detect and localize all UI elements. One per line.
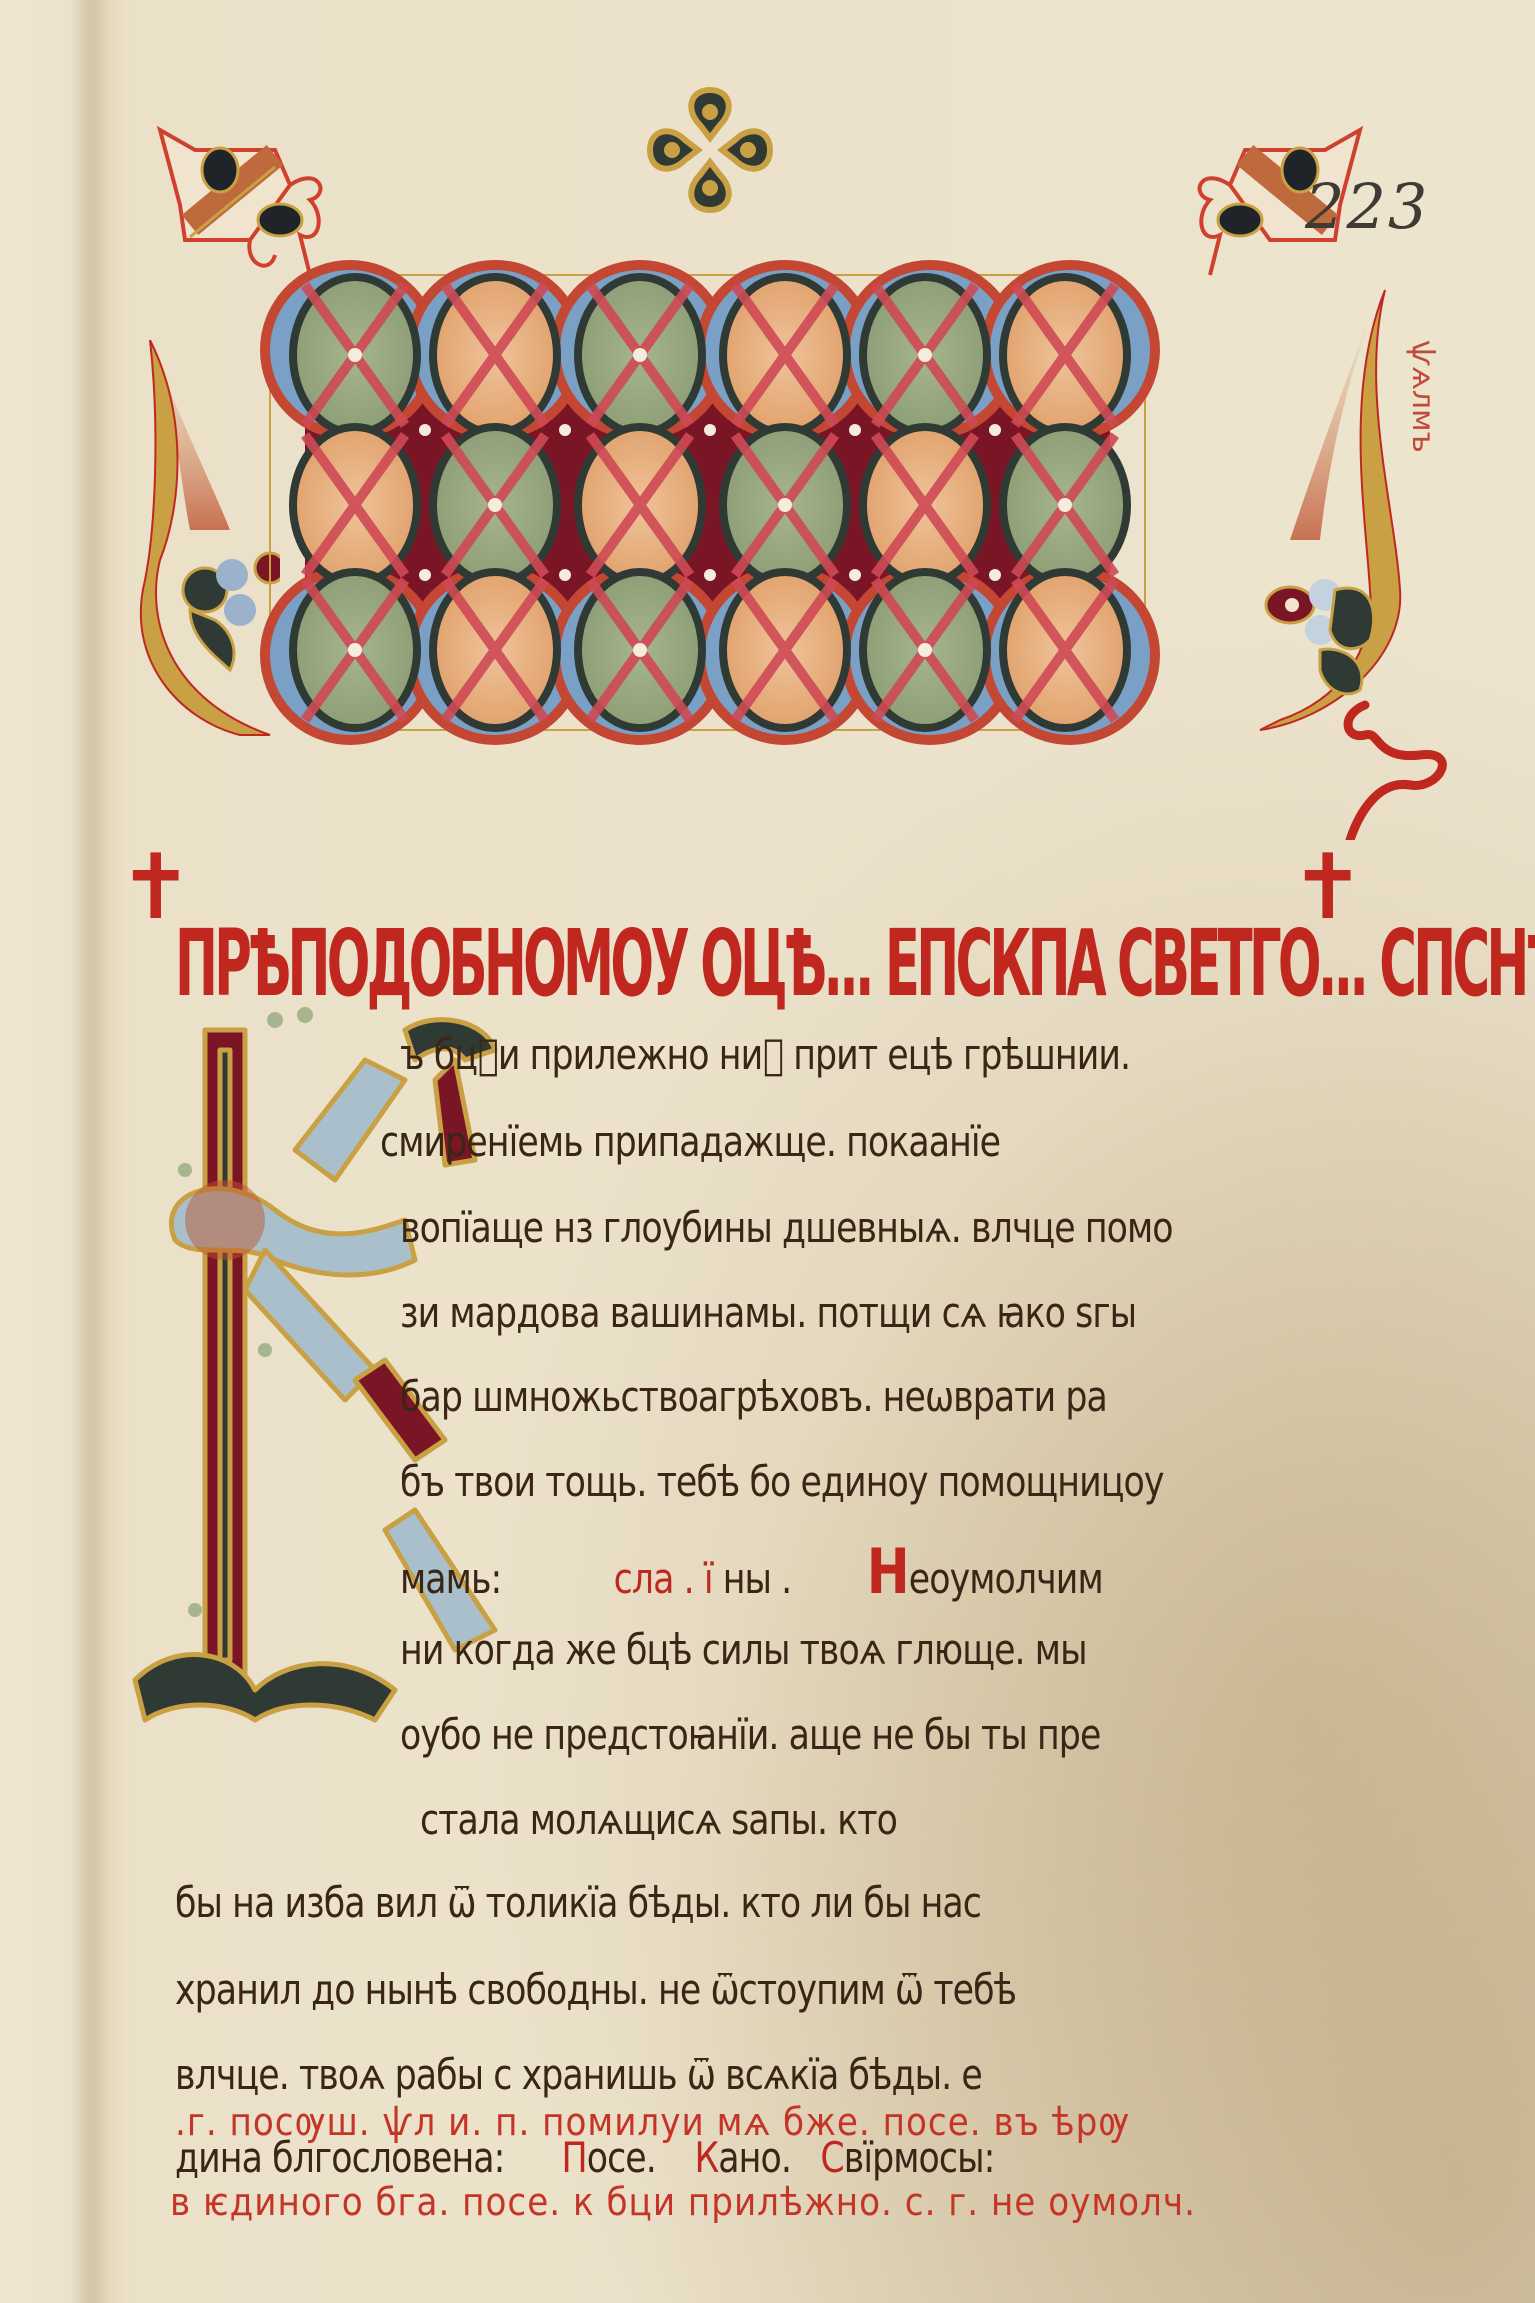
rubric-line: в ѥдиного бга. посе. к бци прилѣжно. с. … [170,2180,1196,2224]
text-line-rubricated: мамь: сла . ї ны . Неоумолчим [400,1535,1103,1608]
text-line: стала молѧщисѧ ѕапы. кто [420,1795,897,1844]
text-line: ни когда же бцѣ силы твоѧ глюще. мы [400,1625,1087,1674]
text-line: зи мардова вашинамы. потщи сѧ ꙗко ѕгы [400,1288,1136,1337]
text-segment: мамь: [400,1554,501,1603]
gutter-shadow [70,0,110,2303]
text-line: оубо не предстоꙗнїи. аще не бы ты пре [400,1710,1100,1759]
quatrefoil-cross-icon [640,80,780,220]
rubric-segment: сла [614,1554,674,1603]
manuscript-page: ѱѧлмъ 223 ✝ ПРѢПОДОБНОМОУ ОЦѢ... ЕПСКПА … [0,0,1535,2303]
illuminated-initial-k-icon [115,990,505,1730]
flourish-z-icon [1320,690,1470,840]
text-line: вопїаще нз глоубины дшевныѧ. влчце помо [400,1203,1173,1252]
horn-ornament-right-icon [1250,250,1410,740]
red-initial-n: Н [867,1535,909,1608]
text-line: хранил до нынѣ свободны. не ѿстоупим ѿ т… [175,1965,1016,2014]
margin-note: ѱѧлмъ [1400,340,1440,580]
rubric-segment: . ї [684,1554,713,1603]
folio-number: 223 [1305,170,1429,243]
rubric-line: .г. посѹш. ѱл и. п. помилуи мѧ бже. посе… [175,2100,1130,2144]
text-line: бар шмножьствоагрѣховъ. неѡврати ра [400,1372,1107,1421]
text-segment: еоумолчим [909,1554,1103,1603]
text-line: смиренїемь припадажще. покаанїе [380,1117,1000,1166]
text-line: влчце. твоѧ рабы с хранишь ѿ всѧкїа бѣды… [175,2050,982,2099]
text-segment: ны . [723,1554,792,1603]
cross-right-icon: ✝ [1290,835,1365,940]
text-line: бы на изба вил ѿ толикїа бѣды. кто ли бы… [175,1878,981,1927]
title-rubric: ПРѢПОДОБНОМОУ ОЦѢ... ЕПСКПА СВЕТГО... СП… [175,830,1345,1010]
text-line: бъ твои тощь. тебѣ бо единоу помощницоу [400,1457,1163,1506]
interlace-headpiece-icon [255,255,1160,750]
text-line: ъ бцⷣи прилежно ниⷩ прит ецѣ грѣшнии. [400,1030,1130,1079]
